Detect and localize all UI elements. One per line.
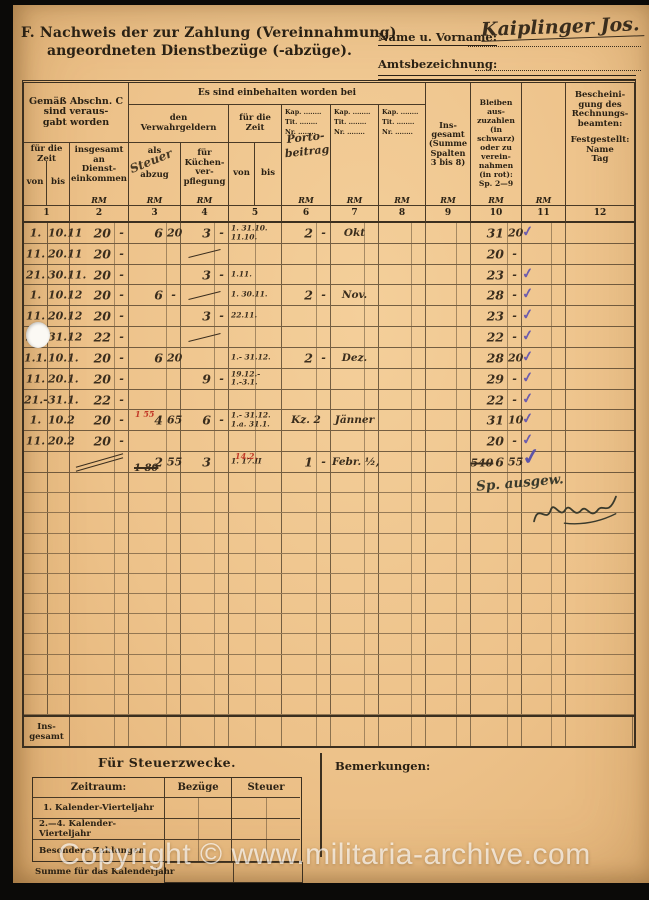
table-cell bbox=[181, 244, 229, 264]
table-cell bbox=[471, 554, 522, 573]
table-cell bbox=[229, 390, 282, 410]
table-cell bbox=[24, 614, 48, 633]
table-cell bbox=[282, 695, 331, 714]
table-cell bbox=[331, 574, 379, 593]
table-cell: 20- bbox=[70, 265, 129, 285]
table-cell bbox=[229, 675, 282, 694]
table-cell bbox=[282, 473, 331, 492]
table-cell bbox=[129, 534, 181, 553]
table-cell bbox=[426, 306, 471, 326]
table-cell bbox=[331, 306, 379, 326]
table-cell bbox=[379, 285, 426, 305]
table-cell bbox=[566, 244, 633, 264]
table-cell bbox=[282, 431, 331, 451]
table-cell: 21. bbox=[24, 265, 48, 285]
table-cell bbox=[70, 695, 129, 714]
table-cell bbox=[229, 614, 282, 633]
rm-label: RM bbox=[70, 196, 128, 205]
table-cell: ✓ bbox=[522, 348, 566, 368]
table-cell bbox=[379, 574, 426, 593]
table-cell bbox=[522, 534, 566, 553]
table-cell bbox=[471, 534, 522, 553]
table-cell: 30.11. bbox=[48, 265, 70, 285]
table-cell bbox=[48, 473, 70, 492]
table-cell bbox=[282, 390, 331, 410]
table-cell: 10.11 bbox=[48, 223, 70, 243]
table-cell bbox=[129, 493, 181, 512]
header-fuer-die-zeit: für die Zeit bbox=[229, 105, 282, 143]
table-row: 21.30.11.20-3-1.11.23-✓ bbox=[24, 265, 634, 286]
table-cell bbox=[379, 431, 426, 451]
table-cell bbox=[566, 327, 633, 347]
kap-tit-nr-lines: Kap. ........ Tit. ........ Nr. ........ bbox=[332, 106, 370, 138]
table-cell bbox=[379, 717, 426, 746]
table-cell bbox=[566, 634, 633, 653]
table-cell: 1.11. bbox=[229, 265, 282, 285]
table-cell: 3110 bbox=[471, 410, 522, 430]
table-cell: 1. bbox=[24, 285, 48, 305]
empty-table-row bbox=[24, 655, 634, 675]
table-cell: 20- bbox=[70, 285, 129, 305]
table-cell bbox=[522, 634, 566, 653]
table-cell bbox=[129, 634, 181, 653]
table-cell bbox=[70, 513, 129, 532]
table-cell: Okt bbox=[331, 223, 379, 243]
table-cell: 1. 17.II14.2. bbox=[229, 452, 282, 472]
hole-punch bbox=[26, 322, 50, 348]
header-col9-text: Ins- gesamt (Summe Spalten 3 bis 8) bbox=[429, 121, 467, 167]
table-cell bbox=[129, 244, 181, 264]
table-cell bbox=[229, 513, 282, 532]
rm-label: RM bbox=[282, 196, 330, 205]
table-cell bbox=[282, 594, 331, 613]
table-cell bbox=[24, 534, 48, 553]
header-col4-text: für Küchen- ver- pflegung bbox=[182, 149, 227, 187]
steuer-col-steuer: Steuer bbox=[232, 778, 300, 798]
table-cell bbox=[379, 410, 426, 430]
table-cell: 1.- 31.12. 1.a. 31.1. bbox=[229, 410, 282, 430]
table-cell bbox=[426, 614, 471, 633]
empty-table-row bbox=[24, 695, 634, 715]
porto-beitrag-handwriting: Porto- beitrag bbox=[283, 129, 330, 161]
table-cell bbox=[471, 634, 522, 653]
table-cell bbox=[24, 634, 48, 653]
table-cell bbox=[229, 655, 282, 674]
table-cell: Jänner bbox=[331, 410, 379, 430]
rm-label: RM bbox=[426, 196, 470, 205]
empty-table-row bbox=[24, 634, 634, 654]
table-cell bbox=[566, 554, 633, 573]
col-number: 3 bbox=[129, 206, 181, 223]
table-cell: 3 bbox=[181, 452, 229, 472]
table-cell bbox=[566, 614, 633, 633]
table-cell bbox=[48, 554, 70, 573]
checkmark: ✓ bbox=[521, 265, 535, 282]
dash-stroke bbox=[188, 333, 220, 342]
table-cell: 20- bbox=[471, 244, 522, 264]
table-cell: 20- bbox=[70, 223, 129, 243]
table-cell bbox=[331, 493, 379, 512]
table-cell: ✓ bbox=[522, 410, 566, 430]
table-cell bbox=[70, 675, 129, 694]
table-cell bbox=[426, 574, 471, 593]
table-cell bbox=[48, 513, 70, 532]
table-cell: Kz. 2 bbox=[282, 410, 331, 430]
table-cell: 6- bbox=[181, 410, 229, 430]
table-header: Gemäß Abschn. C sind veraus- gabt worden… bbox=[24, 83, 634, 223]
col-number: 1 bbox=[24, 206, 70, 223]
table-cell: 29- bbox=[471, 369, 522, 389]
table-cell bbox=[471, 675, 522, 694]
table-cell bbox=[426, 390, 471, 410]
col-number: 6 bbox=[282, 206, 331, 223]
table-cell: Febr. ½, bbox=[331, 452, 379, 472]
table-cell bbox=[129, 675, 181, 694]
table-cell: 620 bbox=[129, 348, 181, 368]
header-col3-abzug: abzug bbox=[140, 171, 168, 181]
table-cell bbox=[181, 695, 229, 714]
table-cell bbox=[48, 452, 70, 472]
table-cell bbox=[379, 244, 426, 264]
table-cell bbox=[24, 655, 48, 674]
dash-stroke bbox=[188, 291, 220, 300]
table-cell bbox=[129, 594, 181, 613]
table-cell bbox=[282, 265, 331, 285]
col-number: 4 bbox=[181, 206, 229, 223]
table-cell: 11. bbox=[24, 431, 48, 451]
header-bis5: bis bbox=[255, 143, 282, 206]
table-cell: 20- bbox=[70, 369, 129, 389]
table-cell bbox=[566, 452, 633, 472]
table-cell bbox=[282, 369, 331, 389]
kap-tit-nr-lines: Kap. ........ Tit. ........ Nr. ........ bbox=[380, 106, 418, 138]
table-cell: 1.1. bbox=[24, 348, 48, 368]
table-row: 1.10.220-4651 556-1.- 31.12. 1.a. 31.1.K… bbox=[24, 410, 634, 431]
col-number: 2 bbox=[70, 206, 129, 223]
form-title-line1: F. Nachweis der zur Zahlung (Vereinnahmu… bbox=[21, 25, 397, 41]
table-cell bbox=[426, 594, 471, 613]
table-cell bbox=[331, 675, 379, 694]
header-col10: Bleiben aus- zuzahlen (in schwarz) oder … bbox=[471, 83, 522, 206]
table-cell: 3- bbox=[181, 265, 229, 285]
table-cell bbox=[229, 695, 282, 714]
table-cell: 2- bbox=[282, 348, 331, 368]
table-cell bbox=[129, 614, 181, 633]
rm-label: RM bbox=[331, 196, 378, 205]
table-cell bbox=[566, 285, 633, 305]
table-cell bbox=[129, 369, 181, 389]
table-cell bbox=[181, 717, 229, 746]
table-cell bbox=[129, 695, 181, 714]
table-cell bbox=[70, 534, 129, 553]
checkmark: ✓ bbox=[521, 307, 535, 324]
table-cell bbox=[229, 534, 282, 553]
table-cell: 22- bbox=[70, 390, 129, 410]
table-cell bbox=[331, 390, 379, 410]
table-cell bbox=[70, 452, 129, 472]
table-cell bbox=[566, 265, 633, 285]
table-cell: 540655 bbox=[471, 452, 522, 472]
table-cell bbox=[471, 695, 522, 714]
header-von5: von bbox=[229, 143, 255, 206]
table-cell bbox=[471, 574, 522, 593]
table-cell: 22- bbox=[471, 327, 522, 347]
table-cell bbox=[181, 574, 229, 593]
table-cell: 1. 30.11. bbox=[229, 285, 282, 305]
table-cell bbox=[379, 493, 426, 512]
table-cell bbox=[331, 554, 379, 573]
table-cell bbox=[24, 513, 48, 532]
table-cell bbox=[379, 554, 426, 573]
table-cell bbox=[282, 574, 331, 593]
table-cell: 11. bbox=[24, 369, 48, 389]
table-cell bbox=[426, 452, 471, 472]
table-cell bbox=[181, 473, 229, 492]
table-cell bbox=[282, 513, 331, 532]
table-cell bbox=[48, 655, 70, 674]
table-cell bbox=[566, 223, 633, 243]
table-cell bbox=[229, 327, 282, 347]
table-cell bbox=[181, 513, 229, 532]
table-cell bbox=[471, 717, 522, 746]
von-label: von bbox=[233, 169, 250, 179]
checkmark: ✓ bbox=[521, 390, 535, 407]
table-cell bbox=[379, 306, 426, 326]
table-row: 1.10.1220-6-1. 30.11.2-Nov.28-✓ bbox=[24, 285, 634, 306]
col-number: 8 bbox=[379, 206, 426, 223]
table-cell bbox=[379, 473, 426, 492]
table-cell bbox=[426, 473, 471, 492]
table-cell bbox=[70, 473, 129, 492]
rm-label: RM bbox=[129, 196, 180, 205]
table-cell: 20- bbox=[471, 431, 522, 451]
table-cell bbox=[331, 634, 379, 653]
header-col12-nametag: Name Tag bbox=[586, 146, 614, 165]
table-cell bbox=[522, 244, 566, 264]
table-cell bbox=[426, 554, 471, 573]
checkmark: ✓ bbox=[521, 223, 535, 240]
table-cell bbox=[331, 655, 379, 674]
table-cell bbox=[70, 655, 129, 674]
table-cell bbox=[181, 554, 229, 573]
table-cell bbox=[331, 513, 379, 532]
empty-table-row bbox=[24, 574, 634, 594]
table-cell bbox=[471, 594, 522, 613]
table-cell bbox=[566, 534, 633, 553]
table-cell: 23- bbox=[471, 306, 522, 326]
col-number: 7 bbox=[331, 206, 379, 223]
table-cell bbox=[24, 554, 48, 573]
table-cell bbox=[282, 327, 331, 347]
table-cell bbox=[566, 431, 633, 451]
table-cell bbox=[566, 594, 633, 613]
table-cell: 3- bbox=[181, 223, 229, 243]
table-cell: ✓ bbox=[522, 452, 566, 472]
table-cell bbox=[471, 493, 522, 512]
empty-table-row bbox=[24, 594, 634, 614]
table-cell bbox=[331, 369, 379, 389]
rm-label: RM bbox=[471, 196, 521, 205]
table-cell bbox=[426, 369, 471, 389]
table-cell: ✓ bbox=[522, 390, 566, 410]
header-col12: Bescheini- gung des Rechnungs- beamten: … bbox=[566, 83, 634, 206]
table-cell bbox=[229, 493, 282, 512]
col-number: 5 bbox=[229, 206, 282, 223]
table-cell: 620 bbox=[129, 223, 181, 243]
table-cell bbox=[282, 675, 331, 694]
insgesamt-label: Ins- gesamt bbox=[24, 717, 70, 746]
table-cell bbox=[471, 655, 522, 674]
table-cell bbox=[181, 285, 229, 305]
table-cell bbox=[129, 473, 181, 492]
table-cell: 10.1. bbox=[48, 348, 70, 368]
table-cell: 1. 31.10. 11.10. bbox=[229, 223, 282, 243]
table-cell bbox=[426, 285, 471, 305]
bis-label: bis bbox=[261, 169, 275, 179]
table-cell bbox=[282, 655, 331, 674]
table-cell bbox=[229, 634, 282, 653]
table-cell bbox=[181, 390, 229, 410]
checkmark: ✓ bbox=[521, 348, 535, 365]
table-cell: 23- bbox=[471, 265, 522, 285]
header-col4: für Küchen- ver- pflegung RM bbox=[181, 143, 229, 206]
table-cell bbox=[426, 655, 471, 674]
table-cell bbox=[282, 634, 331, 653]
watermark: Copyright © www.militaria-archive.com bbox=[0, 838, 649, 872]
table-cell bbox=[331, 473, 379, 492]
header-von: von bbox=[24, 161, 46, 205]
table-cell bbox=[129, 327, 181, 347]
table-cell bbox=[282, 493, 331, 512]
table-row: 11.20.220-20-✓ bbox=[24, 431, 634, 452]
table-cell bbox=[229, 473, 282, 492]
name-dotted-line bbox=[468, 46, 641, 47]
table-cell bbox=[379, 327, 426, 347]
table-cell bbox=[282, 306, 331, 326]
table-cell: 20- bbox=[70, 410, 129, 430]
table-cell bbox=[229, 594, 282, 613]
table-cell bbox=[229, 574, 282, 593]
table-row: 1.10.1120-6203-1. 31.10. 11.10.2-Okt3120… bbox=[24, 223, 634, 244]
table-cell bbox=[129, 554, 181, 573]
table-row: 11.20.1220-3-22.11.23-✓ bbox=[24, 306, 634, 327]
table-cell: 20- bbox=[70, 431, 129, 451]
table-cell bbox=[181, 431, 229, 451]
table-cell bbox=[426, 244, 471, 264]
table-cell: 20- bbox=[70, 348, 129, 368]
table-cell bbox=[24, 452, 48, 472]
table-cell: 9- bbox=[181, 369, 229, 389]
checkmark: ✓ bbox=[520, 443, 542, 471]
scanned-document: { "page": { "title_line1": "F. Nachweis … bbox=[0, 0, 649, 900]
table-cell bbox=[70, 493, 129, 512]
steuer-row-label: 1. Kalender-Vierteljahr bbox=[33, 798, 165, 819]
checkmark: ✓ bbox=[521, 327, 535, 344]
table-cell bbox=[379, 614, 426, 633]
table-cell bbox=[331, 614, 379, 633]
table-cell bbox=[331, 695, 379, 714]
table-cell bbox=[331, 717, 379, 746]
table-cell bbox=[379, 634, 426, 653]
table-row: 21.-31.1.22-22-✓ bbox=[24, 390, 634, 411]
table-row: 11.20.1.20-9-19.12.- 1.-3.1.29-✓ bbox=[24, 369, 634, 390]
table-cell bbox=[181, 493, 229, 512]
table-cell bbox=[471, 614, 522, 633]
steuerzwecke-heading: Für Steuerzwecke. bbox=[32, 755, 302, 770]
empty-table-row bbox=[24, 534, 634, 554]
header-einbehalten: Es sind einbehalten worden bei bbox=[129, 83, 426, 105]
header-col3: als Steuer abzug RM bbox=[129, 143, 181, 206]
red-ink-correction: 1 55 bbox=[135, 409, 154, 419]
table-cell bbox=[24, 594, 48, 613]
table-cell bbox=[70, 614, 129, 633]
table-cell bbox=[181, 534, 229, 553]
table-cell bbox=[129, 717, 181, 746]
table-cell: 22- bbox=[70, 327, 129, 347]
table-cell bbox=[181, 594, 229, 613]
table-cell bbox=[48, 614, 70, 633]
amtsbezeichnung-dotted-line bbox=[475, 70, 641, 71]
table-cell: 19.12.- 1.-3.1. bbox=[229, 369, 282, 389]
table-cell: ✓ bbox=[522, 223, 566, 243]
table-cell bbox=[426, 675, 471, 694]
bemerkungen-label: Bemerkungen: bbox=[335, 759, 430, 773]
table-cell bbox=[24, 695, 48, 714]
table-cell bbox=[426, 327, 471, 347]
rm-label: RM bbox=[379, 196, 425, 205]
table-cell: 20- bbox=[70, 244, 129, 264]
table-cell bbox=[426, 634, 471, 653]
table-cell bbox=[331, 534, 379, 553]
table-cell: 20.1. bbox=[48, 369, 70, 389]
table-cell bbox=[566, 369, 633, 389]
table-cell bbox=[379, 594, 426, 613]
table-cell bbox=[426, 265, 471, 285]
table-cell bbox=[522, 717, 566, 746]
table-cell bbox=[48, 534, 70, 553]
table-cell bbox=[70, 554, 129, 573]
table-cell bbox=[129, 265, 181, 285]
table-cell bbox=[566, 655, 633, 674]
table-cell bbox=[70, 717, 129, 746]
table-cell bbox=[48, 594, 70, 613]
name-handwritten-value: Kaiplinger Jos. bbox=[481, 13, 644, 42]
table-cell: 6- bbox=[129, 285, 181, 305]
table-cell: 3120 bbox=[471, 223, 522, 243]
table-cell: 1- bbox=[282, 452, 331, 472]
empty-table-row bbox=[24, 614, 634, 634]
table-cell bbox=[181, 675, 229, 694]
col-number: 10 bbox=[471, 206, 522, 223]
red-ink-correction: 14.2. bbox=[235, 451, 257, 461]
table-cell bbox=[522, 574, 566, 593]
table-cell bbox=[379, 452, 426, 472]
table-row: 21.31.1222-22-✓ bbox=[24, 327, 634, 348]
table-cell bbox=[426, 348, 471, 368]
table-cell bbox=[426, 534, 471, 553]
steuer-row-label: 2.—4. Kalender-Vierteljahr bbox=[33, 819, 165, 840]
col-number: 11 bbox=[522, 206, 566, 223]
table-cell: 31.1. bbox=[48, 390, 70, 410]
table-cell bbox=[129, 390, 181, 410]
table-cell bbox=[566, 390, 633, 410]
table-cell bbox=[566, 410, 633, 430]
header-col10-text: Bleiben aus- zuzahlen (in schwarz) oder … bbox=[472, 99, 520, 189]
table-cell: 2820 bbox=[471, 348, 522, 368]
table-cell: ✓ bbox=[522, 327, 566, 347]
table-cell bbox=[331, 327, 379, 347]
table-cell bbox=[24, 473, 48, 492]
